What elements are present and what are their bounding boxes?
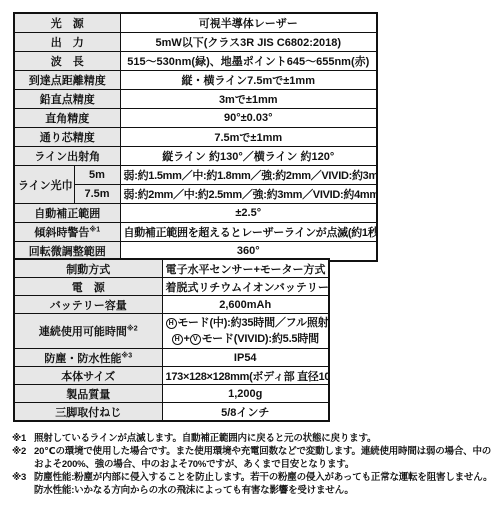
- spec-label-cell: ライン光巾: [14, 166, 74, 204]
- table-row-beam-width-5m: ライン光巾 5m 弱:約1.5mm／中:約1.8mm／強:約2mm／VIVID:…: [14, 166, 377, 185]
- spec-label-cell: バッテリー容量: [14, 296, 162, 314]
- spec-label-cell: 製品質量: [14, 385, 162, 403]
- spec-value-cell: 3mで±1mm: [120, 90, 377, 109]
- footnote: ※2 20℃の環境で使用した場合です。また使用環境や充電回数などで変動します。連…: [12, 445, 494, 471]
- table-row: 通り芯精度 7.5mで±1mm: [14, 128, 377, 147]
- spec-label-cell: 直角精度: [14, 109, 120, 128]
- footnote-marker: ※2: [12, 445, 34, 458]
- spec-value-cell: 可視半導体レーザー: [120, 13, 377, 33]
- spec-value-cell: 2,600mAh: [162, 296, 329, 314]
- footnote-marker: ※2: [127, 325, 138, 332]
- spec-label-cell: 制動方式: [14, 259, 162, 278]
- spec-label-cell: 電 源: [14, 278, 162, 296]
- spec-value-cell: 弱:約2mm／中:約2.5mm／強:約3mm／VIVID:約4mm: [120, 185, 377, 204]
- table-row: 直角精度 90°±0.03°: [14, 109, 377, 128]
- table-row: 鉛直点精度 3mで±1mm: [14, 90, 377, 109]
- spec-value-cell: 515〜530nm(緑)、地墨ポイント645〜655nm(赤): [120, 52, 377, 71]
- spec-value-cell: 5/8インチ: [162, 403, 329, 422]
- spec-label-cell: 傾斜時警告※1: [14, 223, 120, 242]
- spec-value-cell: 電子水平センサー+モーター方式: [162, 259, 329, 278]
- spec-label-cell: 到達点距離精度: [14, 71, 120, 90]
- table-row: 防塵・防水性能※3 IP54: [14, 349, 329, 367]
- spec-value-cell: 弱:約1.5mm／中:約1.8mm／強:約2mm／VIVID:約3mm: [120, 166, 377, 185]
- spec-value-cell: IP54: [162, 349, 329, 367]
- spec-value-cell: 自動補正範囲を超えるとレーザーラインが点滅(約1秒間隔): [120, 223, 377, 242]
- spec-value-cell: 着脱式リチウムイオンバッテリー: [162, 278, 329, 296]
- footnote: ※3 防塵性能:粉塵が内部に侵入することを防止します。若干の粉塵の侵入があっても…: [12, 471, 494, 497]
- table-row-continuous-use: 連続使用可能時間※2 Hモード(中):約35時間／フル照射モード(中):約8.5…: [14, 314, 329, 349]
- spec-label-cell: 通り芯精度: [14, 128, 120, 147]
- table-row: 到達点距離精度 縦・横ライン7.5mで±1mm: [14, 71, 377, 90]
- footnote-text: 20℃の環境で使用した場合です。また使用環境や充電回数などで変動します。連続使用…: [34, 445, 494, 471]
- table-row: ライン出射角 縦ライン 約130°／横ライン 約120°: [14, 147, 377, 166]
- spec-label-cell: 鉛直点精度: [14, 90, 120, 109]
- spec-sublabel-cell: 7.5m: [74, 185, 120, 204]
- spec-label-cell: 防塵・防水性能※3: [14, 349, 162, 367]
- spec-label-cell: 自動補正範囲: [14, 204, 120, 223]
- table-row: 傾斜時警告※1 自動補正範囲を超えるとレーザーラインが点滅(約1秒間隔): [14, 223, 377, 242]
- spec-sublabel-cell: 5m: [74, 166, 120, 185]
- spec-value-cell: Hモード(中):約35時間／フル照射モード(中):約8.5時間 H+Vモード(V…: [162, 314, 329, 349]
- spec-label-cell: 出 力: [14, 33, 120, 52]
- spec-value-cell: 5mW以下(クラス3R JIS C6802:2018): [120, 33, 377, 52]
- continuous-use-line-1: Hモード(中):約35時間／フル照射モード(中):約8.5時間: [166, 315, 326, 331]
- footnote-marker: ※3: [121, 352, 132, 359]
- spec-value-cell: 1,200g: [162, 385, 329, 403]
- spec-label-cell: 光 源: [14, 13, 120, 33]
- footnote-text: 防塵性能:粉塵が内部に侵入することを防止します。若干の粉塵の侵入があっても正常な…: [34, 471, 494, 497]
- table-row: 出 力 5mW以下(クラス3R JIS C6802:2018): [14, 33, 377, 52]
- spec-label-cell: 波 長: [14, 52, 120, 71]
- circled-v-icon: V: [190, 334, 201, 345]
- spec-value-cell: 7.5mで±1mm: [120, 128, 377, 147]
- spec-label-cell: ライン出射角: [14, 147, 120, 166]
- footnote-marker: ※1: [89, 226, 100, 233]
- table-row: 自動補正範囲 ±2.5°: [14, 204, 377, 223]
- spec-sheet-page: 光 源 可視半導体レーザー 出 力 5mW以下(クラス3R JIS C6802:…: [0, 0, 500, 508]
- spec-value-cell: ±2.5°: [120, 204, 377, 223]
- footnote-text: 照射しているラインが点滅します。自動補正範囲内に戻ると元の状態に戻ります。: [34, 432, 494, 445]
- footnote-marker: ※3: [12, 471, 34, 484]
- continuous-use-line-2: H+Vモード(VIVID):約5.5時間: [166, 331, 326, 347]
- table-row: 三脚取付ねじ 5/8インチ: [14, 403, 329, 422]
- table-row: バッテリー容量 2,600mAh: [14, 296, 329, 314]
- table-row: 波 長 515〜530nm(緑)、地墨ポイント645〜655nm(赤): [14, 52, 377, 71]
- spec-label-cell: 本体サイズ: [14, 367, 162, 385]
- table-row: 電 源 着脱式リチウムイオンバッテリー: [14, 278, 329, 296]
- table-row: 光 源 可視半導体レーザー: [14, 13, 377, 33]
- spec-value-cell: 90°±0.03°: [120, 109, 377, 128]
- spec-value-cell: 173×128×128mm(ボディ部 直径100mm): [162, 367, 329, 385]
- spec-value-cell: 縦ライン 約130°／横ライン 約120°: [120, 147, 377, 166]
- spec-label-cell: 三脚取付ねじ: [14, 403, 162, 422]
- footnote: ※1 照射しているラインが点滅します。自動補正範囲内に戻ると元の状態に戻ります。: [12, 432, 494, 445]
- spec-value-cell: 縦・横ライン7.5mで±1mm: [120, 71, 377, 90]
- spec-table-optical: 光 源 可視半導体レーザー 出 力 5mW以下(クラス3R JIS C6802:…: [13, 12, 378, 262]
- footnotes-block: ※1 照射しているラインが点滅します。自動補正範囲内に戻ると元の状態に戻ります。…: [12, 432, 494, 497]
- table-row: 本体サイズ 173×128×128mm(ボディ部 直径100mm): [14, 367, 329, 385]
- circled-h-icon: H: [172, 334, 183, 345]
- table-row: 制動方式 電子水平センサー+モーター方式: [14, 259, 329, 278]
- table-row: 製品質量 1,200g: [14, 385, 329, 403]
- spec-table-body: 制動方式 電子水平センサー+モーター方式 電 源 着脱式リチウムイオンバッテリー…: [13, 258, 330, 422]
- footnote-marker: ※1: [12, 432, 34, 445]
- spec-label-cell: 連続使用可能時間※2: [14, 314, 162, 349]
- circled-h-icon: H: [166, 318, 177, 329]
